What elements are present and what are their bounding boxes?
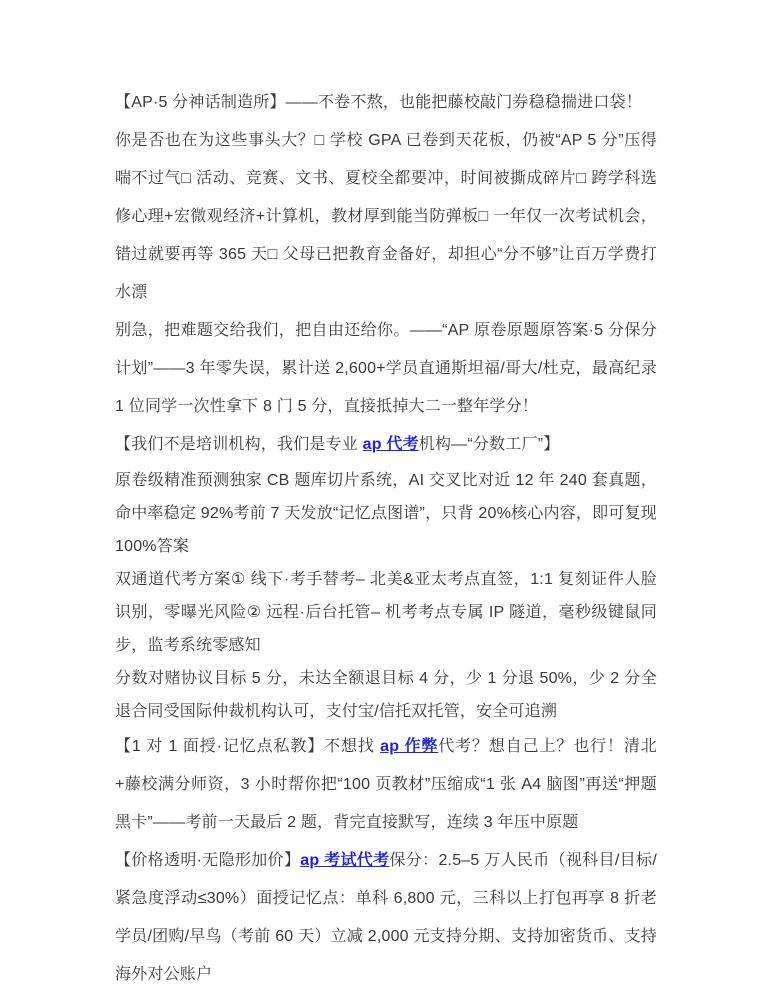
solution-text: 别急，把难题交给我们，把自由还给你。——“AP 原卷原题原答案·5 分保分计划”…: [115, 322, 657, 415]
paragraph-tutoring: 【1 对 1 面授·记忆点私教】不想找 ap 作弊代考？想自己上？也行！清北+藤…: [115, 728, 657, 842]
ap-kaoshi-daikao-link[interactable]: ap 考试代考: [300, 852, 389, 869]
agency-text-before-link: 【我们不是培训机构，我们是专业: [115, 436, 363, 453]
ap-zuobi-link[interactable]: ap 作弊: [380, 738, 438, 755]
paragraph-dual-channel: 双通道代考方案① 线下·考手替考– 北美&亚太考点直签，1:1 复刻证件人脸识别…: [115, 563, 657, 662]
heading-agency: 【我们不是培训机构，我们是专业 ap 代考机构—“分数工厂”】: [115, 426, 657, 464]
score-guarantee-text: 分数对赌协议目标 5 分，未达全额退目标 4 分，少 1 分退 50%，少 2 …: [115, 670, 657, 720]
pricing-text-after-link: 保分：2.5–5 万人民币（视科目/目标/紧急度浮动≤30%）面授记忆点：单科 …: [115, 852, 657, 983]
prediction-text: 原卷级精准预测独家 CB 题库切片系统，AI 交叉比对近 12 年 240 套真…: [115, 472, 657, 555]
tutoring-text-before-link: 【1 对 1 面授·记忆点私教】不想找: [115, 738, 380, 755]
pain-points-text: 你是否也在为这些事头大？□ 学校 GPA 已卷到天花板，仍被“AP 5 分”压得…: [115, 132, 657, 301]
doc-title-text: 【AP·5 分神话制造所】——不卷不熬，也能把藤校敲门券稳稳揣进口袋！: [115, 94, 642, 111]
dual-channel-text: 双通道代考方案① 线下·考手替考– 北美&亚太考点直签，1:1 复刻证件人脸识别…: [115, 571, 657, 654]
paragraph-prediction: 原卷级精准预测独家 CB 题库切片系统，AI 交叉比对近 12 年 240 套真…: [115, 464, 657, 563]
paragraph-solution: 别急，把难题交给我们，把自由还给你。——“AP 原卷原题原答案·5 分保分计划”…: [115, 312, 657, 426]
ap-daikao-link[interactable]: ap 代考: [363, 436, 419, 453]
paragraph-score-guarantee: 分数对赌协议目标 5 分，未达全额退目标 4 分，少 1 分退 50%，少 2 …: [115, 662, 657, 728]
paragraph-pain-points: 你是否也在为这些事头大？□ 学校 GPA 已卷到天花板，仍被“AP 5 分”压得…: [115, 122, 657, 312]
agency-text-after-link: 机构—“分数工厂”】: [419, 436, 560, 453]
document-page: 【AP·5 分神话制造所】——不卷不熬，也能把藤校敲门券稳稳揣进口袋！ 你是否也…: [115, 84, 657, 994]
pricing-text-before-link: 【价格透明·无隐形加价】: [115, 852, 300, 869]
doc-title: 【AP·5 分神话制造所】——不卷不熬，也能把藤校敲门券稳稳揣进口袋！: [115, 84, 657, 122]
paragraph-pricing: 【价格透明·无隐形加价】ap 考试代考保分：2.5–5 万人民币（视科目/目标/…: [115, 842, 657, 994]
